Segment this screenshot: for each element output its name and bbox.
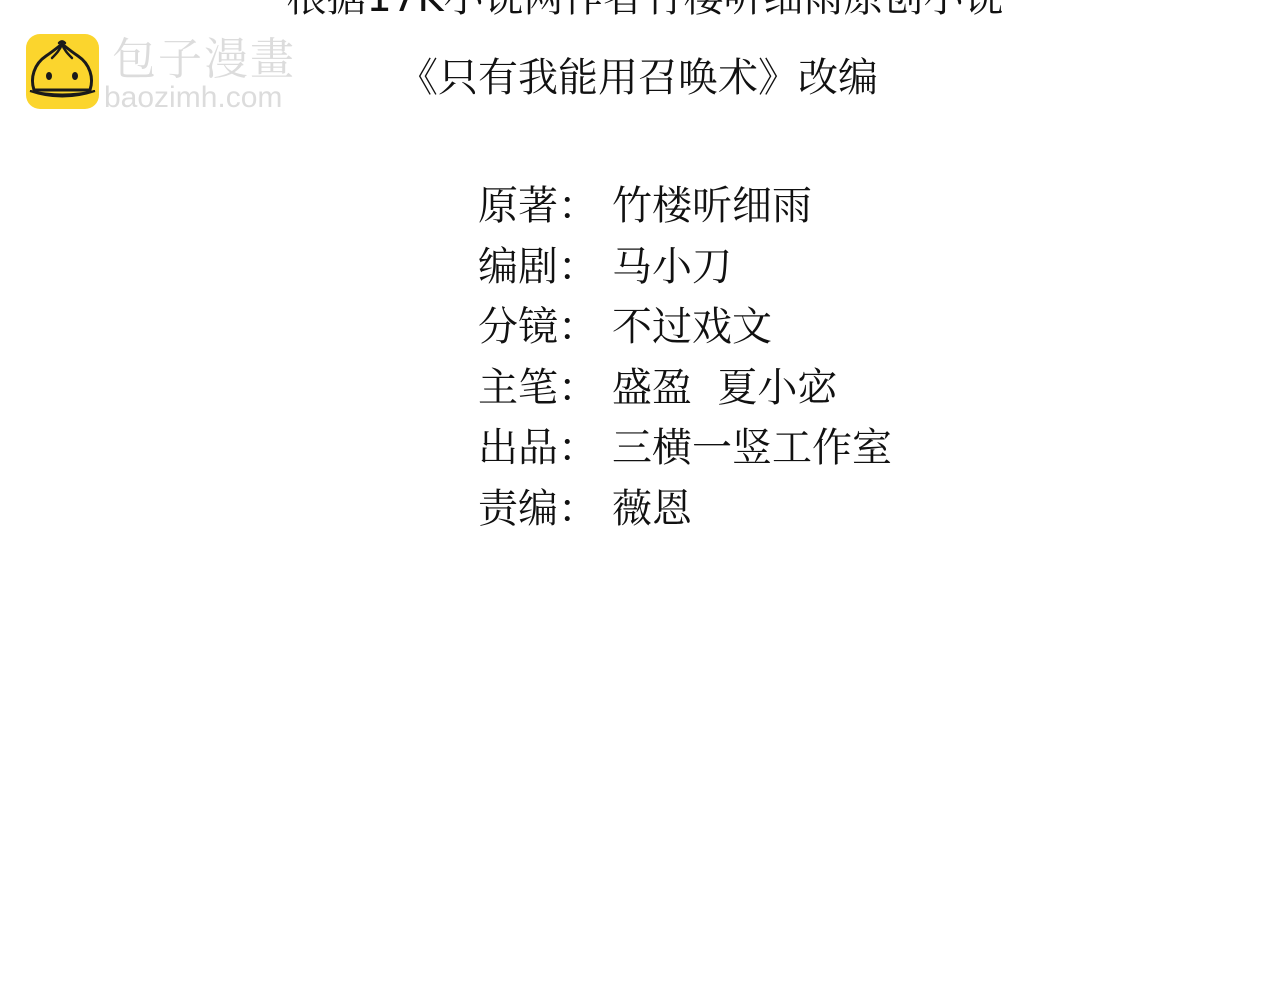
credit-row-screenwriter: 编剧： 马小刀 <box>478 239 892 300</box>
credit-value: 盛盈 夏小宓 <box>612 360 837 421</box>
credit-label: 分镜： <box>478 299 612 360</box>
credit-value: 竹楼听细雨 <box>612 178 812 239</box>
adaptation-title: 《只有我能用召唤术》改编 <box>0 52 1208 104</box>
credit-row-producer: 出品： 三横一竖工作室 <box>478 420 892 481</box>
credit-value: 马小刀 <box>612 239 732 300</box>
credit-value: 不过戏文 <box>612 299 772 360</box>
credit-row-editor: 责编： 薇恩 <box>478 481 892 542</box>
credit-value: 三横一竖工作室 <box>612 420 892 481</box>
credit-label: 主笔： <box>478 360 612 421</box>
credit-label: 责编： <box>478 481 612 542</box>
source-line: 根据17K小说网作者竹楼听细雨原创小说 <box>0 0 1280 22</box>
credit-label: 原著： <box>478 178 612 239</box>
credit-label: 出品： <box>478 420 612 481</box>
credit-row-original-author: 原著： 竹楼听细雨 <box>478 178 892 239</box>
credit-row-lead-artist: 主笔： 盛盈 夏小宓 <box>478 360 892 421</box>
credit-label: 编剧： <box>478 239 612 300</box>
credit-value: 薇恩 <box>612 481 692 542</box>
credits-list: 原著： 竹楼听细雨 编剧： 马小刀 分镜： 不过戏文 主笔： 盛盈 夏小宓 出品… <box>478 178 892 541</box>
credit-row-storyboard: 分镜： 不过戏文 <box>478 299 892 360</box>
